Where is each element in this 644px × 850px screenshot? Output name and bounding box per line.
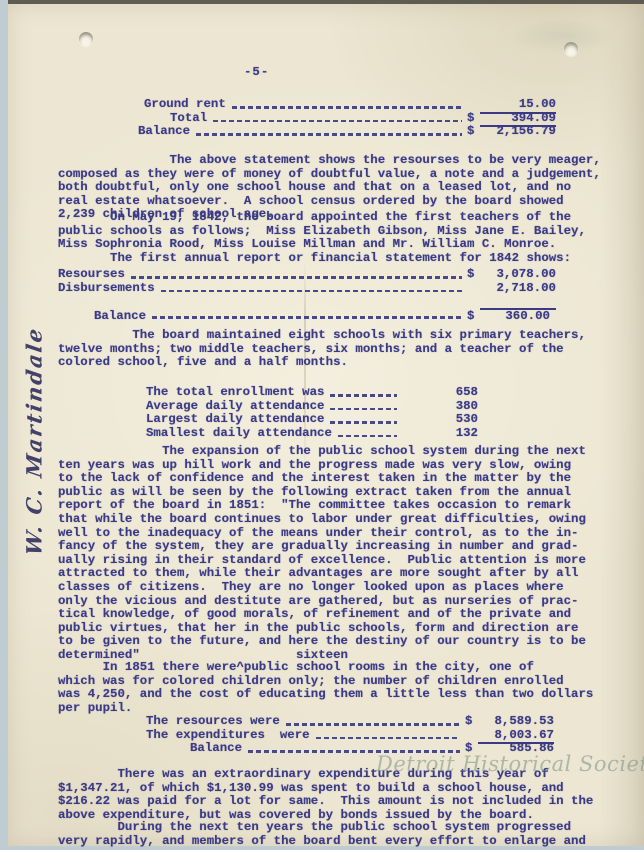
table-row: Smallest daily attendance 132 <box>146 427 478 441</box>
row-label: Resourses <box>58 268 125 282</box>
dash-leader <box>161 290 462 293</box>
dash-leader <box>213 120 462 123</box>
table-row: Total $ 394.09 <box>136 112 556 126</box>
dash-leader <box>152 316 462 319</box>
opening-balance-table: Ground rent 15.00 Total $ 394.09 Balance… <box>136 98 556 139</box>
row-value: 132 <box>402 427 478 441</box>
row-amount: 8,589.53 <box>478 715 554 729</box>
row-label: The total enrollment was <box>146 386 324 400</box>
currency-sign: $ <box>467 268 480 282</box>
row-value: 530 <box>402 413 478 427</box>
faint-embossed-stamp <box>488 8 638 63</box>
attendance-table: The total enrollment was 658 Average dai… <box>146 386 478 440</box>
currency-sign: $ <box>467 125 480 139</box>
archive-watermark: Detroit Historical Society <box>376 752 644 776</box>
row-label: Largest daily attendance <box>146 413 324 427</box>
table-row: Disbursements 2,718.00 <box>58 282 556 296</box>
paragraph-next-ten-years: During the next ten years the public sch… <box>58 821 586 848</box>
dash-leader <box>286 723 460 726</box>
dash-leader <box>330 421 397 424</box>
dash-leader <box>196 133 462 136</box>
dash-leader <box>316 737 460 740</box>
table-row: Ground rent 15.00 <box>136 98 556 112</box>
table-row: Balance $ 360.00 <box>58 308 556 322</box>
table-row: Balance $ 2,156.79 <box>136 125 556 139</box>
row-label: Disbursements <box>58 282 155 296</box>
dash-leader <box>232 106 462 109</box>
row-amount: 360.00 <box>480 308 556 324</box>
paragraph-eight-schools: The board maintained eight schools with … <box>58 329 586 370</box>
table-row: Largest daily attendance 530 <box>146 413 478 427</box>
table-row: Resourses $ 3,078.00 <box>58 268 556 282</box>
paragraph-extraordinary-expenditure: There was an extraordinary expenditure d… <box>58 768 593 822</box>
row-amount: 3,078.00 <box>480 268 556 282</box>
row-amount: 2,156.79 <box>480 125 556 139</box>
document-page: -5- Ground rent 15.00 Total $ 394.09 Bal… <box>8 4 644 846</box>
row-label: Balance <box>146 742 242 756</box>
row-label: Smallest daily attendance <box>146 427 332 441</box>
row-amount: 2,718.00 <box>480 282 556 296</box>
currency-sign: $ <box>465 715 478 729</box>
page-number: -5- <box>244 66 269 80</box>
row-label: The resources were <box>146 715 280 729</box>
statement-1842-table: Resourses $ 3,078.00 Disbursements 2,718… <box>58 268 556 322</box>
handwritten-margin-note: W. C. Martindale <box>22 325 47 557</box>
dash-leader <box>131 276 462 279</box>
row-value: 658 <box>402 386 478 400</box>
dash-leader <box>338 435 397 438</box>
paragraph-first-teachers: On May 19, 1842, the board appointed the… <box>58 211 586 265</box>
dash-leader <box>330 394 397 397</box>
statement-1851-table: The resources were $ 8,589.53 The expend… <box>146 715 554 756</box>
paragraph-expansion-quote: The expansion of the public school syste… <box>58 445 586 663</box>
paragraph-1851-rooms: In 1851 there were^public school rooms i… <box>58 661 593 715</box>
currency-sign: $ <box>467 310 480 324</box>
row-label: Ground rent <box>136 98 226 112</box>
row-label: Balance <box>58 310 146 324</box>
row-label: Balance <box>136 125 190 139</box>
punch-hole-left <box>79 32 93 46</box>
table-row: The resources were $ 8,589.53 <box>146 715 554 729</box>
dash-leader <box>330 408 397 411</box>
table-row: The total enrollment was 658 <box>146 386 478 400</box>
